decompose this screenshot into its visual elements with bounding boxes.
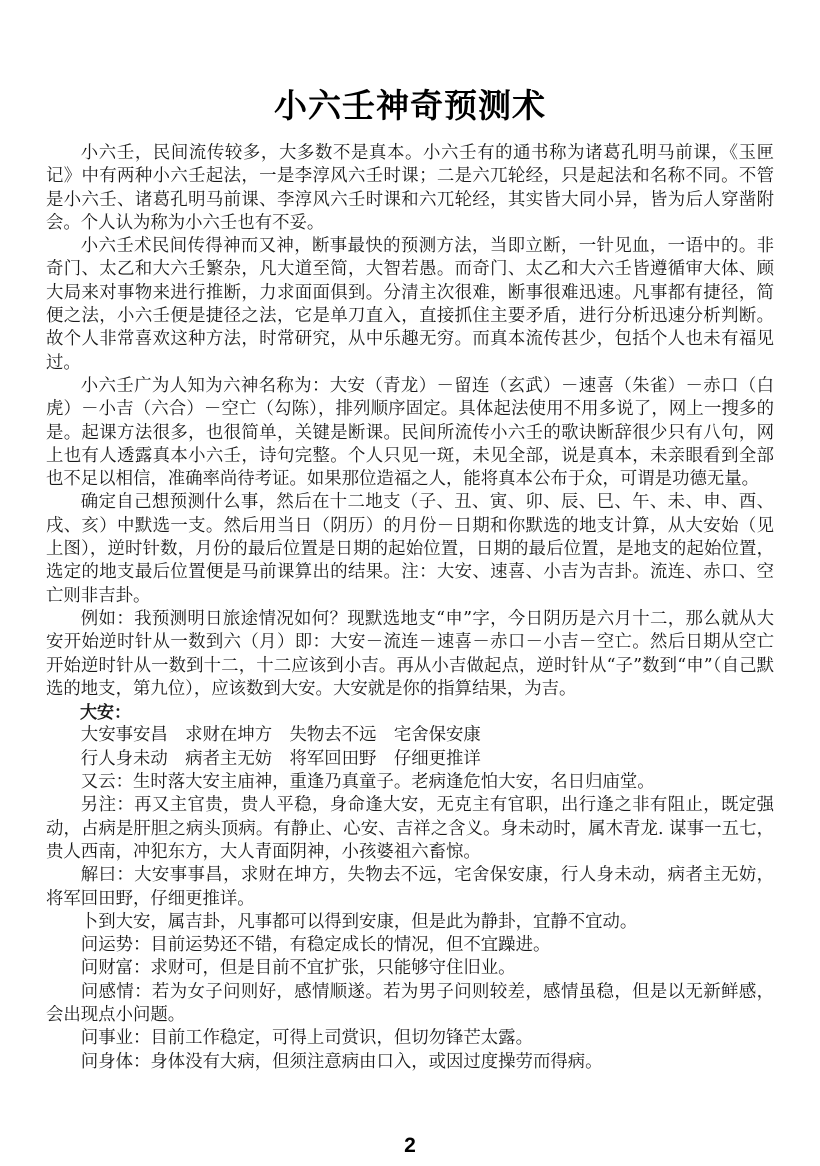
page-number: 2 [0,1134,820,1158]
paragraph: 又云：生时落大安主庙神，重逢乃真童子。老病逢危怕大安，名日归庙堂。 [46,771,774,794]
paragraph: 例如：我预测明日旅途情况如何？现默选地支“申”字，今日阴历是六月十二，那么就从大… [46,608,774,701]
section-heading: 大安： [46,701,774,724]
paragraph: 小六壬广为人知为六神名称为：大安（青龙）－留连（玄武）－速喜（朱雀）－赤口（白虎… [46,375,774,491]
paragraph: 解曰：大安事事昌，求财在坤方，失物去不远，宅舍保安康，行人身未动，病者主无妨，将… [46,864,774,911]
paragraph: 问身体：身体没有大病，但须注意病由口入，或因过度操劳而得病。 [46,1051,774,1074]
page-title: 小六壬神奇预测术 [0,0,820,127]
paragraph: 另注：再又主官贵，贵人平稳，身命逢大安，无克主有官职，出行逢之非有阻止，既定强动… [46,794,774,864]
paragraph: 小六壬，民间流传较多，大多数不是真本。小六壬有的通书称为诸葛孔明马前课，《玉匣记… [46,142,774,235]
paragraph: 问财富：求财可，但是目前不宜扩张，只能够守住旧业。 [46,957,774,980]
paragraph: 卜到大安，属吉卦，凡事都可以得到安康，但是此为静卦，宜静不宜动。 [46,911,774,934]
paragraph: 小六壬术民间传得神而又神，断事最快的预测方法，当即立断，一针见血，一语中的。非奇… [46,235,774,375]
paragraph: 确定自己想预测什么事，然后在十二地支（子、丑、寅、卯、辰、巳、午、未、申、酉、戌… [46,491,774,607]
paragraph: 问感情：若为女子问则好，感情顺遂。若为男子问则较差，感情虽稳，但是以无新鲜感，会… [46,981,774,1028]
document-body: 小六壬，民间流传较多，大多数不是真本。小六壬有的通书称为诸葛孔明马前课，《玉匣记… [46,142,774,1074]
document-page: 小六壬神奇预测术 小六壬，民间流传较多，大多数不是真本。小六壬有的通书称为诸葛孔… [0,0,820,1166]
paragraph: 问运势：目前运势还不错，有稳定成长的情况，但不宜躁进。 [46,934,774,957]
paragraph: 问事业：目前工作稳定，可得上司赏识，但切勿锋芒太露。 [46,1027,774,1050]
paragraph: 行人身未动 病者主无妨 将军回田野 仔细更推详 [46,748,774,771]
paragraph: 大安事安昌 求财在坤方 失物去不远 宅舍保安康 [46,724,774,747]
